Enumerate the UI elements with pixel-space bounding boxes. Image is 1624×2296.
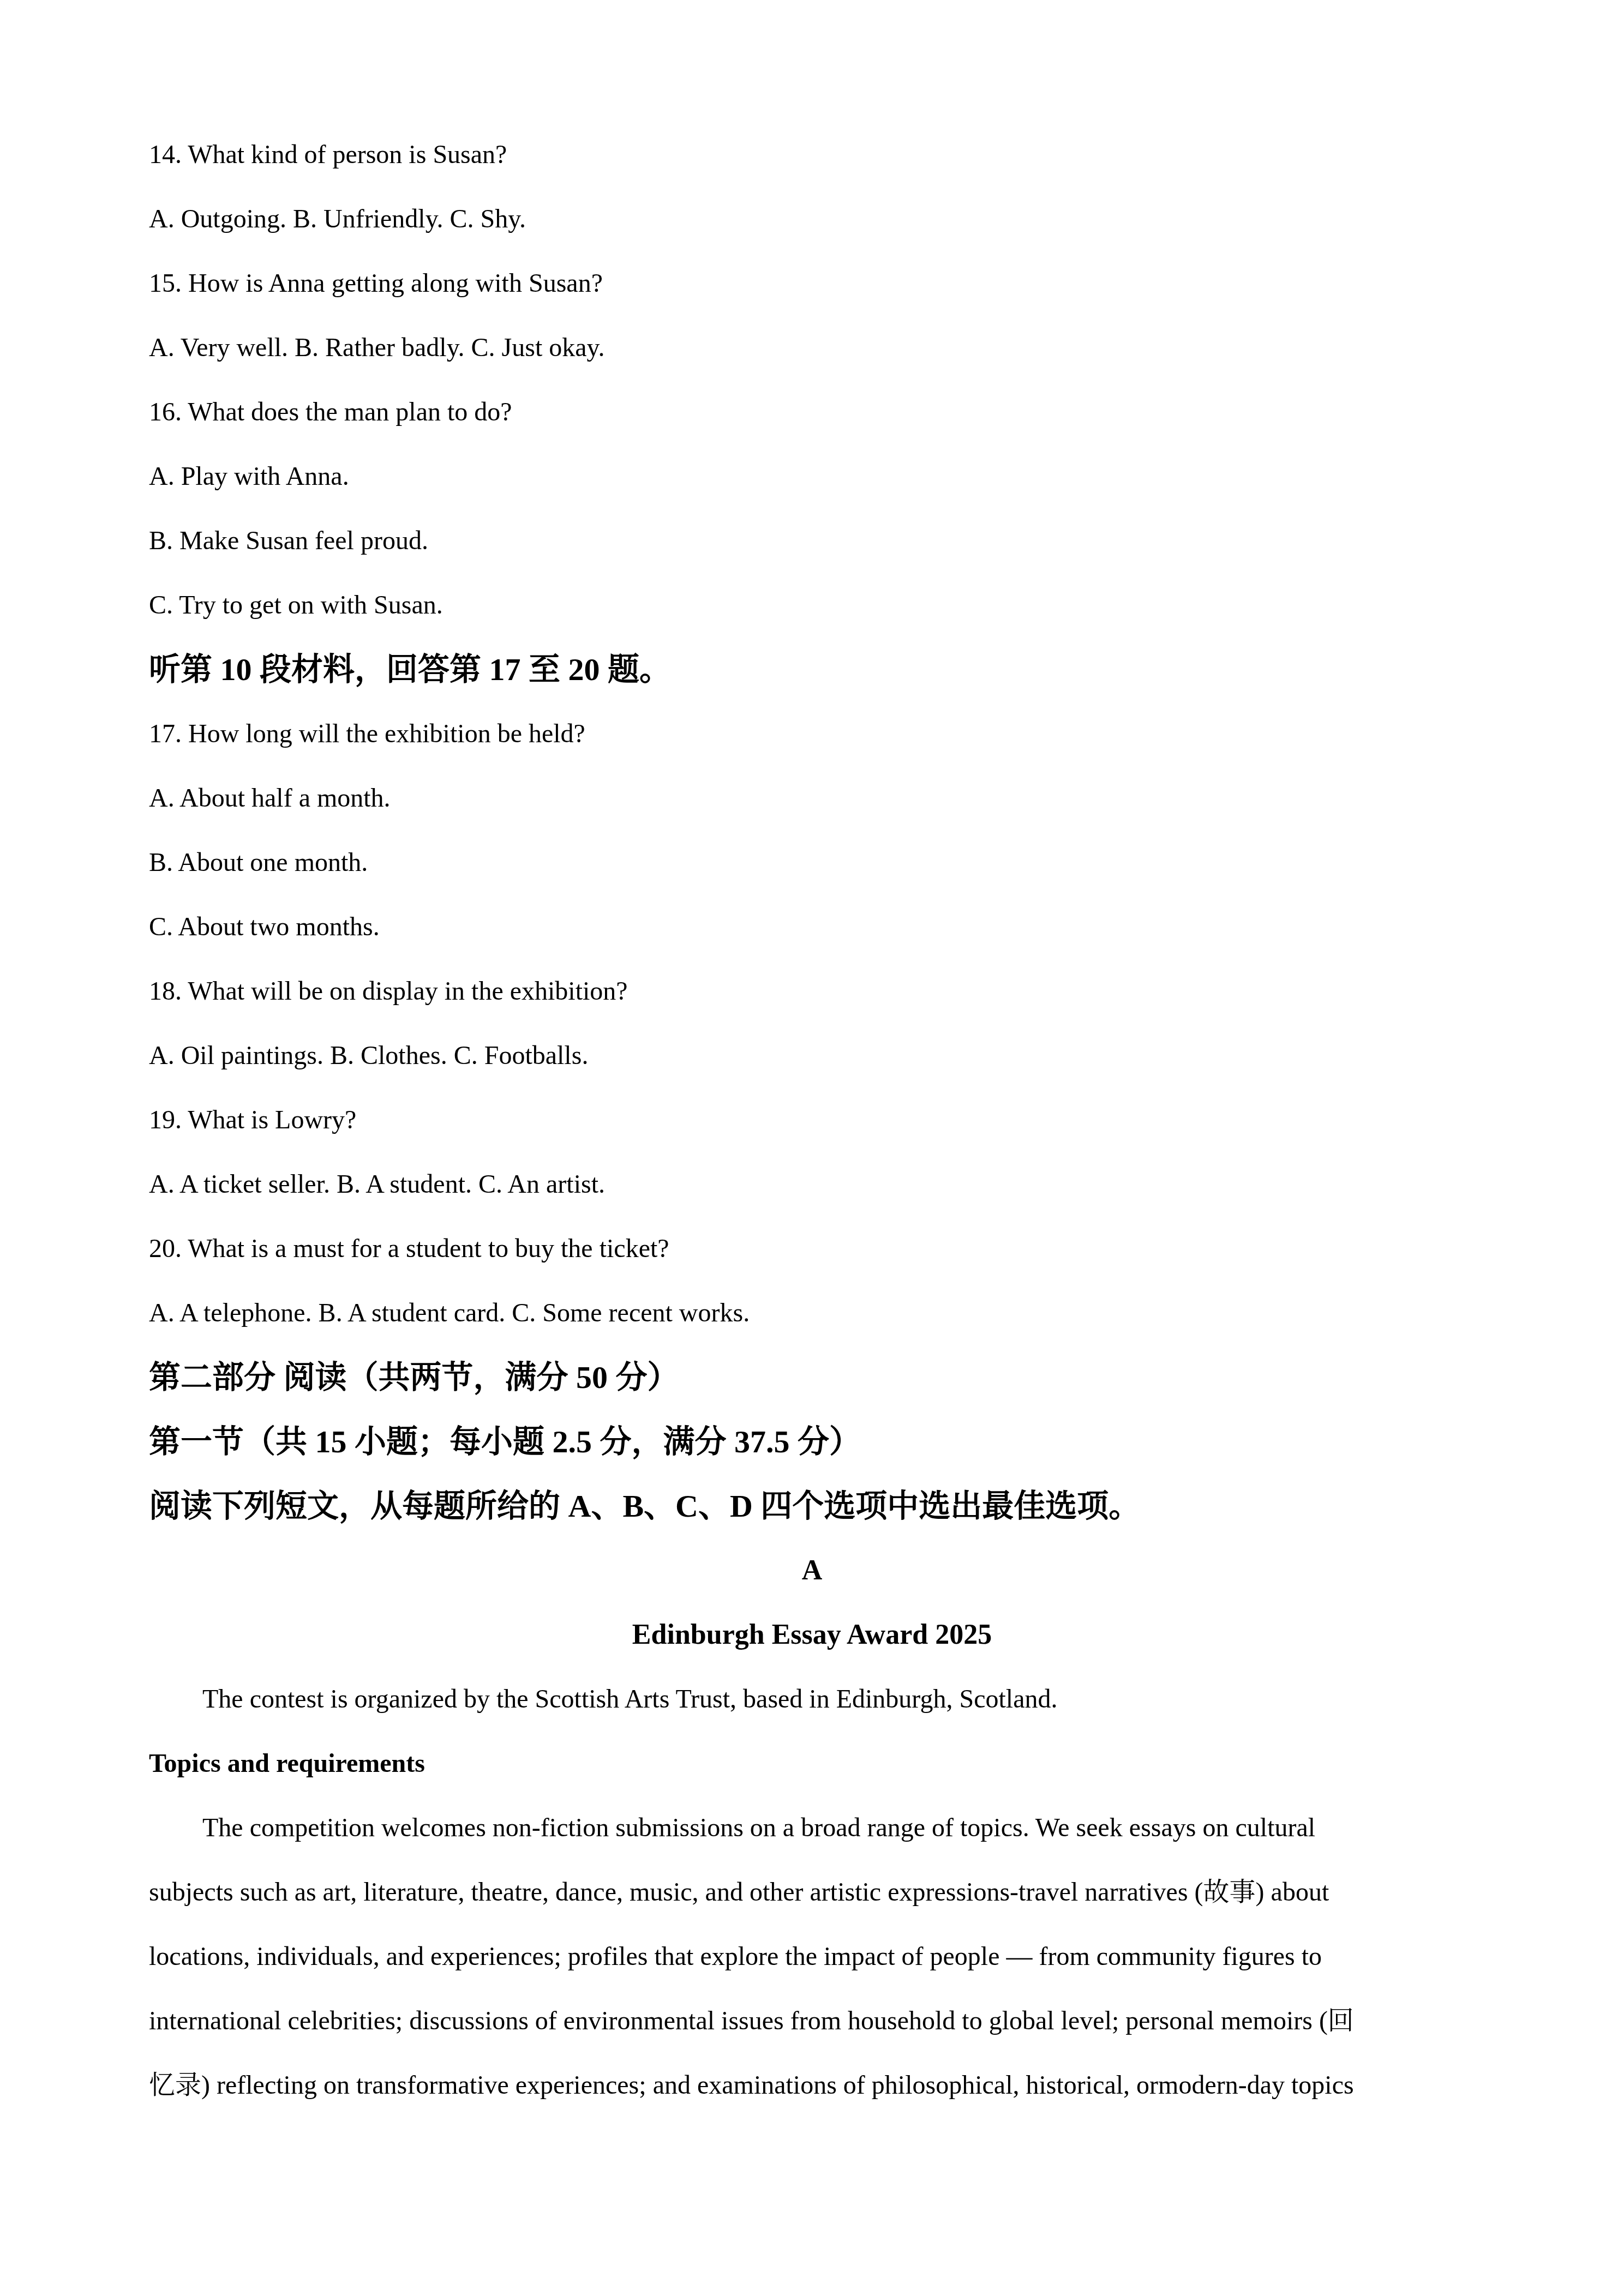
reading-instruction: 阅读下列短文，从每题所给的 A、B、C、D 四个选项中选出最佳选项。 (0, 1474, 1624, 1538)
option-16-c: C. Try to get on with Susan. (0, 573, 1624, 638)
question-17: 17. How long will the exhibition be held… (0, 702, 1624, 766)
part2-heading: 第二部分 阅读（共两节，满分 50 分） (0, 1345, 1624, 1410)
options-20: A. A telephone. B. A student card. C. So… (0, 1281, 1624, 1345)
paragraph-line-3: locations, individuals, and experiences;… (0, 1925, 1624, 1989)
option-17-a: A. About half a month. (0, 766, 1624, 831)
paragraph-line-2: subjects such as art, literature, theatr… (0, 1860, 1624, 1925)
options-19: A. A ticket seller. B. A student. C. An … (0, 1152, 1624, 1217)
option-17-b: B. About one month. (0, 831, 1624, 895)
paragraph-line-4: international celebrities; discussions o… (0, 1989, 1624, 2053)
paragraph-line-1: The competition welcomes non-fiction sub… (0, 1796, 1624, 1860)
question-15: 15. How is Anna getting along with Susan… (0, 251, 1624, 316)
passage-label-a: A (0, 1538, 1624, 1603)
option-17-c: C. About two months. (0, 895, 1624, 959)
question-18: 18. What will be on display in the exhib… (0, 959, 1624, 1024)
options-15: A. Very well. B. Rather badly. C. Just o… (0, 316, 1624, 380)
option-16-a: A. Play with Anna. (0, 444, 1624, 509)
section1-heading: 第一节（共 15 小题；每小题 2.5 分，满分 37.5 分） (0, 1410, 1624, 1474)
question-20: 20. What is a must for a student to buy … (0, 1217, 1624, 1281)
listening-section-instruction: 听第 10 段材料，回答第 17 至 20 题。 (0, 638, 1624, 702)
paragraph-line-5: 忆录) reflecting on transformative experie… (0, 2053, 1624, 2118)
options-14: A. Outgoing. B. Unfriendly. C. Shy. (0, 187, 1624, 251)
document-page: 14. What kind of person is Susan? A. Out… (0, 0, 1624, 2296)
question-19: 19. What is Lowry? (0, 1088, 1624, 1152)
passage-subheading: Topics and requirements (0, 1732, 1624, 1796)
passage-intro-line: The contest is organized by the Scottish… (0, 1667, 1624, 1732)
question-14: 14. What kind of person is Susan? (0, 123, 1624, 187)
options-18: A. Oil paintings. B. Clothes. C. Footbal… (0, 1024, 1624, 1088)
option-16-b: B. Make Susan feel proud. (0, 509, 1624, 573)
passage-title: Edinburgh Essay Award 2025 (0, 1603, 1624, 1667)
question-16: 16. What does the man plan to do? (0, 380, 1624, 444)
